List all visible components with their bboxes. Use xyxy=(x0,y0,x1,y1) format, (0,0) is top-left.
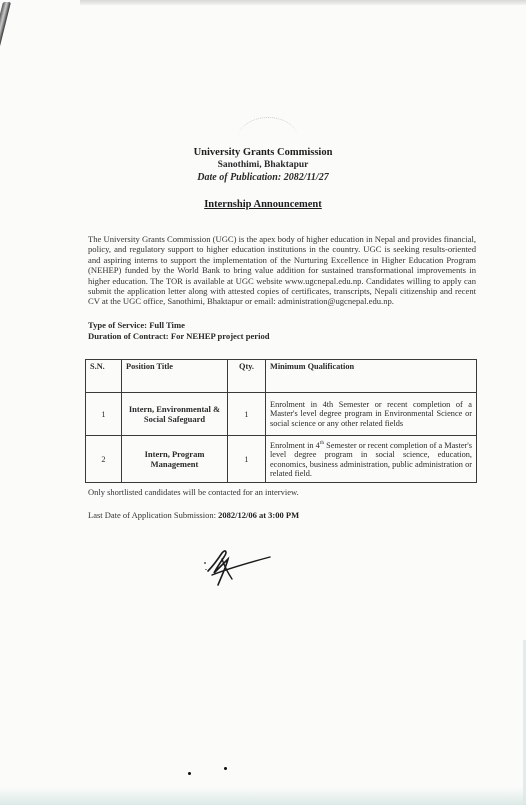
duration-label: Duration of Contract: xyxy=(88,331,169,341)
row-position-title: Intern, Environmental & Social Safeguard xyxy=(122,393,228,436)
row-qualification: Enrolment in 4th Semester or recent comp… xyxy=(266,393,477,436)
qualification-text-start: Enrolment in 4 xyxy=(270,441,320,450)
deadline-date: 2082/12/06 xyxy=(218,510,257,520)
row-position-title: Intern, Program Management xyxy=(122,436,228,483)
row-sn: 1 xyxy=(86,393,122,436)
publication-date-label: Date of Publication: xyxy=(197,172,281,183)
header-qty: Qty. xyxy=(228,360,266,393)
deadline-label: Last Date of Application Submission: xyxy=(88,510,216,520)
publication-date: Date of Publication: 2082/11/27 xyxy=(0,172,526,183)
type-of-service-label: Type of Service: xyxy=(88,320,147,330)
intro-paragraph: The University Grants Commission (UGC) i… xyxy=(88,234,476,307)
organization-location: Sanothimi, Bhaktapur xyxy=(0,160,526,170)
duration-of-contract: Duration of Contract: For NEHEP project … xyxy=(88,331,270,341)
scan-speck xyxy=(224,767,227,770)
row-qty: 1 xyxy=(228,436,266,483)
deadline-at: at xyxy=(259,510,266,520)
duration-value: For NEHEP project period xyxy=(171,331,270,341)
table-row: 2 Intern, Program Management 1 Enrolment… xyxy=(86,436,477,483)
header-position-title: Position Title xyxy=(122,360,228,393)
row-qty: 1 xyxy=(228,393,266,436)
organization-name: University Grants Commission xyxy=(0,147,526,158)
signature xyxy=(200,545,280,595)
deadline-time: 3:00 PM xyxy=(268,510,299,520)
table-row: 1 Intern, Environmental & Social Safegua… xyxy=(86,393,477,436)
scan-top-edge xyxy=(80,0,526,5)
application-deadline: Last Date of Application Submission: 208… xyxy=(88,510,299,520)
scan-bottom-edge xyxy=(0,787,526,805)
positions-table: S.N. Position Title Qty. Minimum Qualifi… xyxy=(85,359,477,483)
type-of-service-value: Full Time xyxy=(149,320,185,330)
pen-shadow xyxy=(0,2,11,74)
header-minimum-qualification: Minimum Qualification xyxy=(266,360,477,393)
scan-speck xyxy=(188,772,191,775)
table-header-row: S.N. Position Title Qty. Minimum Qualifi… xyxy=(86,360,477,393)
publication-date-value: 2082/11/27 xyxy=(284,172,329,183)
document-title: Internship Announcement xyxy=(0,199,526,210)
row-qualification: Enrolment in 4th Semester or recent comp… xyxy=(266,436,477,483)
row-sn: 2 xyxy=(86,436,122,483)
type-of-service: Type of Service: Full Time xyxy=(88,320,185,330)
shortlist-note: Only shortlisted candidates will be cont… xyxy=(88,487,299,497)
header-sn: S.N. xyxy=(86,360,122,393)
